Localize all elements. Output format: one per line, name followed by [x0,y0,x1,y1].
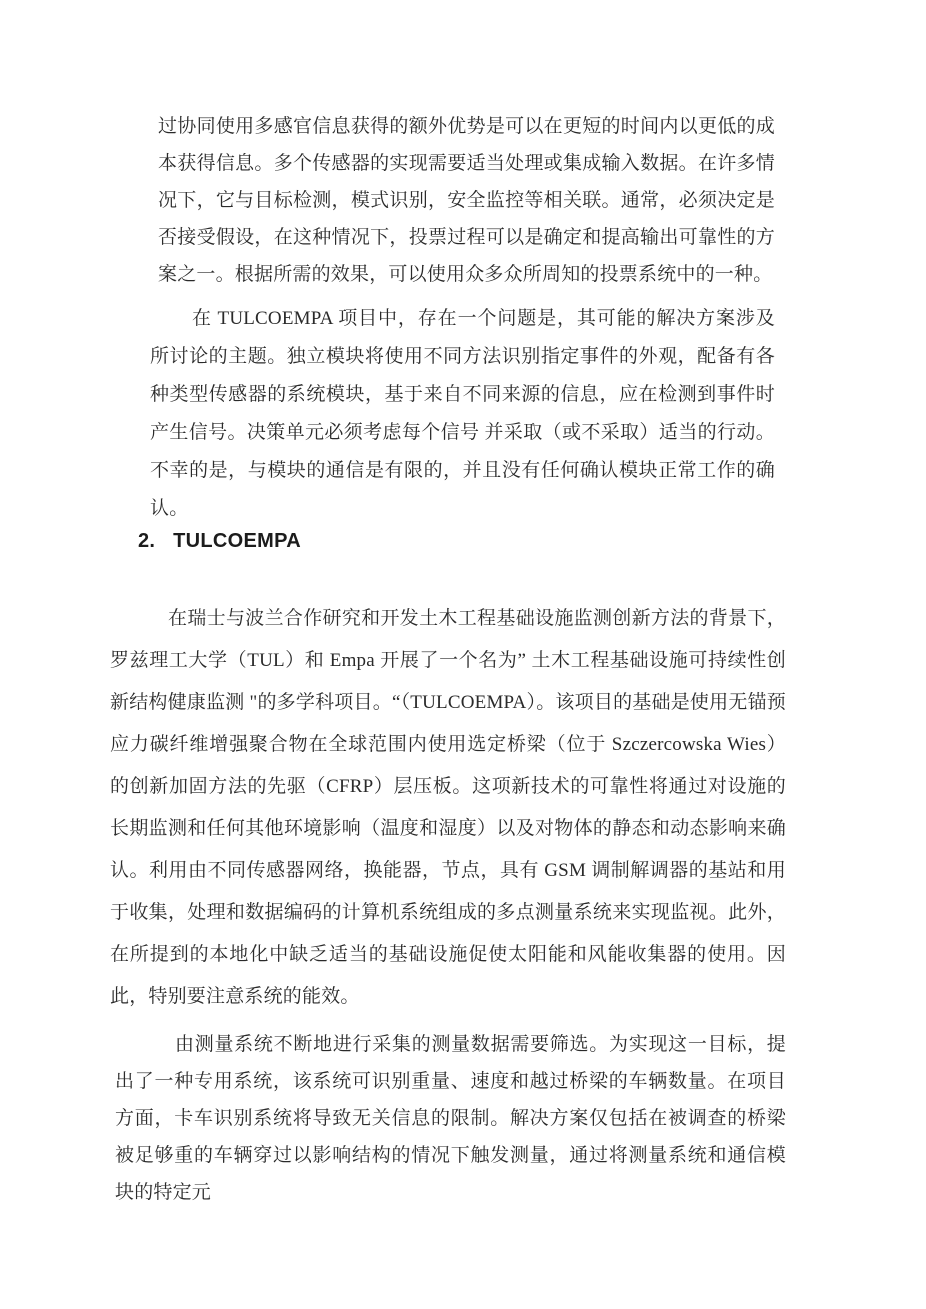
section-heading: 2. TULCOEMPA [138,530,301,553]
section-title: TULCOEMPA [173,530,301,552]
document-page: 过协同使用多感官信息获得的额外优势是可以在更短的时间内以更低的成本获得信息。多个… [0,0,926,1309]
section-number: 2. [138,530,155,553]
paragraph-project-description: 在瑞士与波兰合作研究和开发土木工程基础设施监测创新方法的背景下，罗兹理工大学（T… [110,598,786,1018]
paragraph-measurement-data: 由测量系统不断地进行采集的测量数据需要筛选。为实现这一目标，提出了一种专用系统，… [115,1026,786,1211]
paragraph-tulcoempa-problem: 在 TULCOEMPA 项目中，存在一个问题是，其可能的解决方案涉及所讨论的主题… [150,300,775,528]
paragraph-voting-systems: 过协同使用多感官信息获得的额外优势是可以在更短的时间内以更低的成本获得信息。多个… [158,108,775,293]
